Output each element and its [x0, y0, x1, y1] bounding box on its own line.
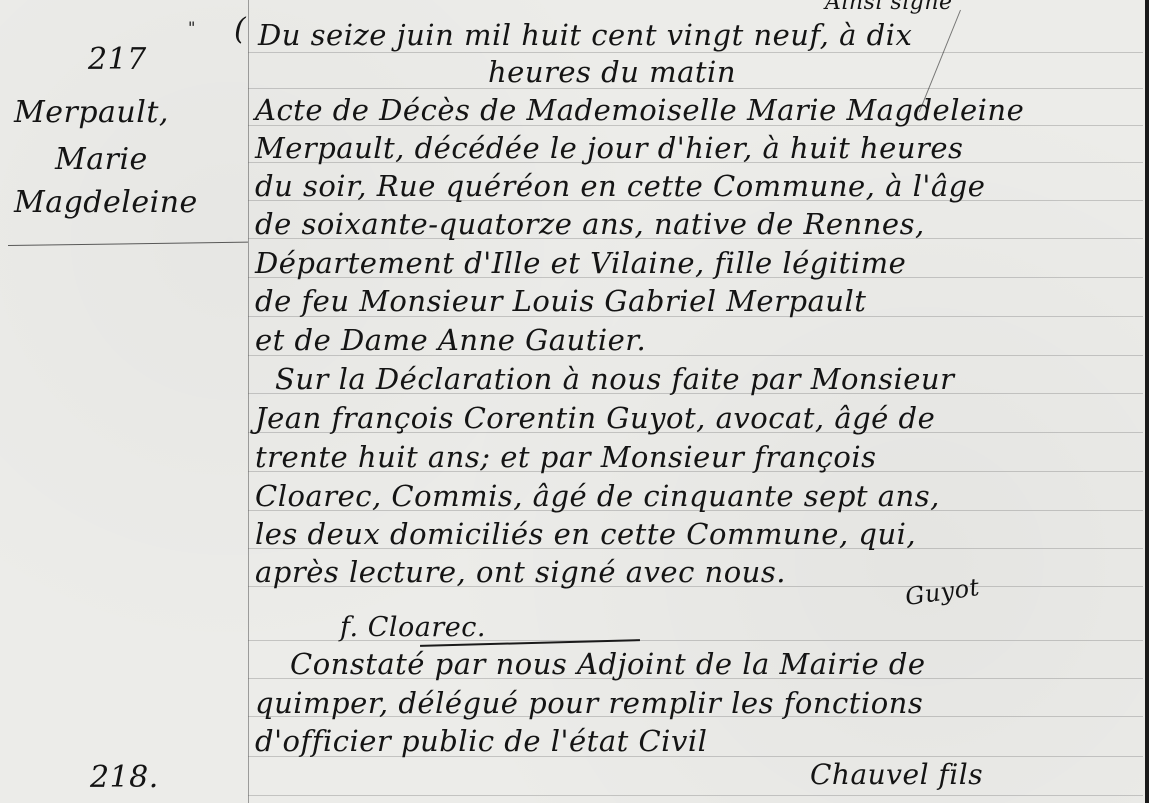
text-line: Acte de Décès de Mademoiselle Marie Magd…: [255, 93, 1024, 127]
ditto-mark: ": [188, 18, 196, 37]
text-line: du soir, Rue quéréon en cette Commune, à…: [255, 169, 985, 203]
text-line: Constaté par nous Adjoint de la Mairie d…: [290, 647, 926, 681]
signature-guyot: Guyot: [903, 573, 981, 611]
text-line: Merpault, décédée le jour d'hier, à huit…: [255, 131, 963, 165]
text-line: quimper, délégué pour remplir les foncti…: [255, 686, 923, 720]
margin-rule: [248, 0, 249, 803]
text-line: les deux domiciliés en cette Commune, qu…: [255, 517, 916, 551]
entry-divider-line: [8, 242, 248, 246]
text-line: Cloarec, Commis, âgé de cinquante sept a…: [255, 479, 940, 513]
register-page: Ainsi signé " 217 Merpault, Marie Magdel…: [0, 0, 1149, 803]
top-signature-fragment: Ainsi signé: [825, 0, 953, 15]
text-line: Département d'Ille et Vilaine, fille lég…: [255, 246, 906, 280]
opening-bracket: (: [234, 12, 246, 47]
margin-surname: Merpault,: [14, 95, 169, 130]
entry-number: 217: [88, 42, 147, 77]
entry-number: 218.: [90, 760, 159, 795]
text-line: après lecture, ont signé avec nous.: [255, 555, 786, 589]
text-line: d'officier public de l'état Civil: [255, 724, 707, 758]
text-line: heures du matin: [488, 55, 736, 89]
ruled-line: [248, 795, 1143, 796]
text-line: de feu Monsieur Louis Gabriel Merpault: [255, 284, 866, 318]
margin-given-name-2: Magdeleine: [14, 185, 198, 220]
text-line: trente huit ans; et par Monsieur françoi…: [255, 440, 877, 474]
text-line: Sur la Déclaration à nous faite par Mons…: [275, 362, 954, 396]
signature-officer: Chauvel fils: [810, 758, 983, 791]
ruled-line: [248, 52, 1143, 53]
text-line: Jean françois Corentin Guyot, avocat, âg…: [255, 401, 935, 435]
text-line: Du seize juin mil huit cent vingt neuf, …: [258, 18, 912, 52]
text-line: de soixante-quatorze ans, native de Renn…: [255, 207, 925, 241]
text-line: et de Dame Anne Gautier.: [255, 323, 646, 357]
signature-cloarec: f. Cloarec.: [340, 612, 486, 643]
page-edge-shadow: [1145, 0, 1149, 803]
margin-given-name-1: Marie: [55, 142, 148, 177]
